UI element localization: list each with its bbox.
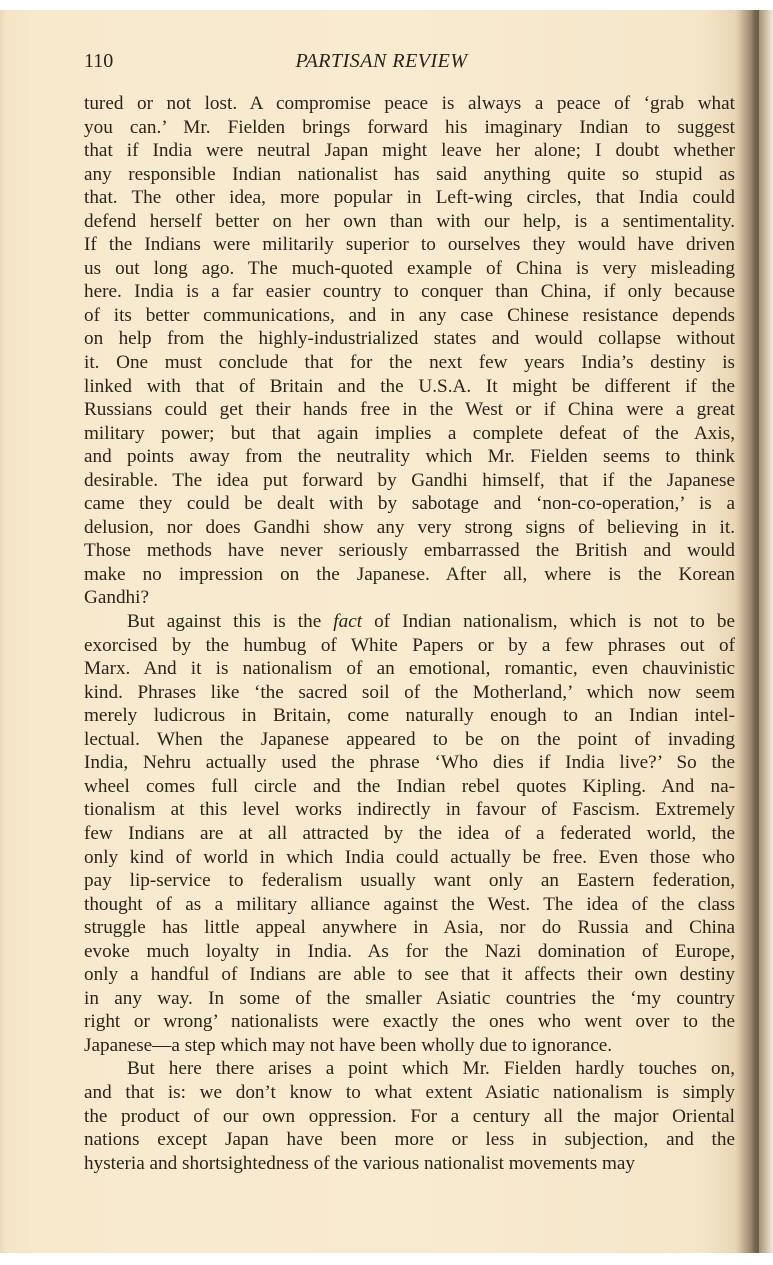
spine-shadow: [739, 10, 759, 1253]
text-line: But against this is the fact of Indian n…: [84, 610, 735, 634]
text-line: the product of our own oppression. For a…: [84, 1105, 735, 1129]
text-line: on help from the highly-industrialized s…: [84, 327, 735, 351]
text-line: that. The other idea, more popular in Le…: [84, 186, 735, 210]
text-line: wheel comes full circle and the Indian r…: [84, 775, 735, 799]
text-line: exorcised by the humbug of White Papers …: [84, 634, 735, 658]
text-line: defend herself better on her own than wi…: [84, 210, 735, 234]
text-line: kind. Phrases like ‘the sacred soil of t…: [84, 681, 735, 705]
body-text: tured or not lost. A compromise peace is…: [84, 92, 735, 1175]
text-line: delusion, nor does Gandhi show any very …: [84, 516, 735, 540]
text-line: linked with that of Britain and the U.S.…: [84, 375, 735, 399]
text-line: right or wrong’ nationalists were exactl…: [84, 1010, 735, 1034]
text-line: and that is: we don’t know to what exten…: [84, 1081, 735, 1105]
text-line: it. One must conclude that for the next …: [84, 351, 735, 375]
text-line: here. India is a far easier country to c…: [84, 280, 735, 304]
text-line: struggle has little appeal anywhere in A…: [84, 916, 735, 940]
text-line: lectual. When the Japanese appeared to b…: [84, 728, 735, 752]
text-line: military power; but that again implies a…: [84, 422, 735, 446]
text-line: and points away from the neutrality whic…: [84, 445, 735, 469]
text-line: tionalism at this level works indirectly…: [84, 798, 735, 822]
text-line: nations except Japan have been more or l…: [84, 1128, 735, 1152]
text-line: pay lip-service to federalism usually wa…: [84, 869, 735, 893]
text-line: But here there arises a point which Mr. …: [84, 1057, 735, 1081]
text-line: in any way. In some of the smaller Asiat…: [84, 987, 735, 1011]
text-line: If the Indians were militarily superior …: [84, 233, 735, 257]
text-line: Japanese—a step which may not have been …: [84, 1034, 735, 1058]
text-line: evoke much loyalty in India. As for the …: [84, 940, 735, 964]
text-line: merely ludicrous in Britain, come natura…: [84, 704, 735, 728]
text-line: thought of as a military alliance agains…: [84, 893, 735, 917]
text-line: Marx. And it is nationalism of an emotio…: [84, 657, 735, 681]
book-page: 110 PARTISAN REVIEW tured or not lost. A…: [0, 10, 773, 1253]
text-line: came they could be dealt with by sabotag…: [84, 492, 735, 516]
page-header: 110 PARTISAN REVIEW: [84, 50, 735, 76]
text-line: that if India were neutral Japan might l…: [84, 139, 735, 163]
text-line: Gandhi?: [84, 586, 735, 610]
text-line: of its better communications, and in any…: [84, 304, 735, 328]
text-line: tured or not lost. A compromise peace is…: [84, 92, 735, 116]
paragraph: But against this is the fact of Indian n…: [84, 610, 735, 1057]
text-line: any responsible Indian nationalist has s…: [84, 163, 735, 187]
text-line: only kind of world in which India could …: [84, 846, 735, 870]
emphasis: fact: [333, 611, 362, 632]
text-line: only a handful of Indians are able to se…: [84, 963, 735, 987]
text-line: you can.’ Mr. Fielden brings forward his…: [84, 116, 735, 140]
text-line: Russians could get their hands free in t…: [84, 398, 735, 422]
running-head: PARTISAN REVIEW: [84, 50, 735, 73]
text-line: India, Nehru actually used the phrase ‘W…: [84, 751, 735, 775]
paragraph: tured or not lost. A compromise peace is…: [84, 92, 735, 610]
paragraph: But here there arises a point which Mr. …: [84, 1057, 735, 1175]
text-line: Those methods have never seriously embar…: [84, 539, 735, 563]
text-line: make no impression on the Japanese. Afte…: [84, 563, 735, 587]
text-line: few Indians are at all attracted by the …: [84, 822, 735, 846]
text-line: desirable. The idea put forward by Gandh…: [84, 469, 735, 493]
text-line: hysteria and shortsightedness of the var…: [84, 1152, 735, 1176]
text-line: us out long ago. The much-quoted example…: [84, 257, 735, 281]
